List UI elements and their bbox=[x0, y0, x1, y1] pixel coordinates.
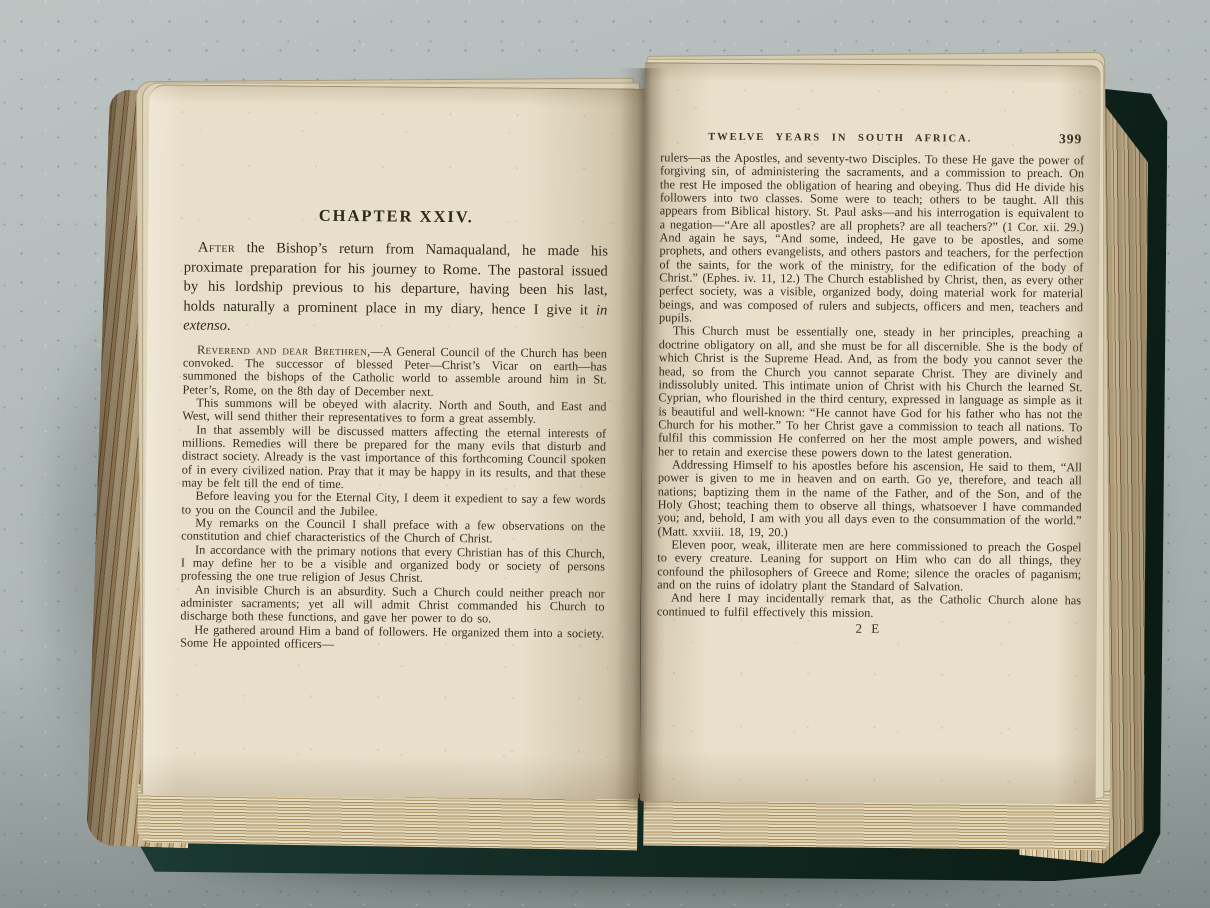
photo-background: CHAPTER XXIV. After the Bishop’s return … bbox=[0, 0, 1210, 908]
intro-paragraph: After the Bishop’s return from Namaquala… bbox=[183, 238, 608, 340]
header-title: TWELVE YEARS IN SOUTH AFRICA. bbox=[708, 132, 972, 145]
intro-lead: After bbox=[198, 240, 235, 256]
paragraph: This Church must be essentially one, ste… bbox=[658, 325, 1083, 461]
running-header: TWELVE YEARS IN SOUTH AFRICA. 399 bbox=[660, 128, 1084, 151]
paragraph: Addressing Himself to his apostles befor… bbox=[657, 458, 1082, 541]
intro-body: the Bishop’s return from Namaqualand, he… bbox=[183, 240, 608, 318]
body-paragraphs: rulers—as the Apostles, and seventy-two … bbox=[657, 151, 1084, 621]
letter-paragraphs: Reverend and dear Brethren,—A General Co… bbox=[180, 343, 607, 654]
right-page-text: TWELVE YEARS IN SOUTH AFRICA. 399 rulers… bbox=[657, 128, 1085, 638]
left-page-text: CHAPTER XXIV. After the Bishop’s return … bbox=[180, 204, 608, 653]
paragraph: An invisible Church is an absurdity. Suc… bbox=[180, 583, 604, 627]
paragraph: rulers—as the Apostles, and seventy-two … bbox=[659, 151, 1084, 327]
paragraph: He gathered around Him a band of followe… bbox=[180, 623, 604, 654]
page-number: 399 bbox=[1059, 131, 1082, 147]
paragraph: Reverend and dear Brethren,—A General Co… bbox=[183, 343, 607, 400]
signature-mark: 2 E bbox=[657, 619, 1081, 638]
paragraph: And here I may incidentally remark that,… bbox=[657, 592, 1081, 622]
intro-tail: . bbox=[227, 318, 231, 334]
chapter-heading: CHAPTER XXIV. bbox=[184, 204, 608, 228]
paragraph: In accordance with the primary notions t… bbox=[181, 543, 605, 587]
paragraph: In that assembly will be discussed matte… bbox=[182, 423, 607, 494]
book: CHAPTER XXIV. After the Bishop’s return … bbox=[55, 34, 1161, 890]
paragraph: Eleven poor, weak, illiterate men are he… bbox=[657, 538, 1081, 594]
